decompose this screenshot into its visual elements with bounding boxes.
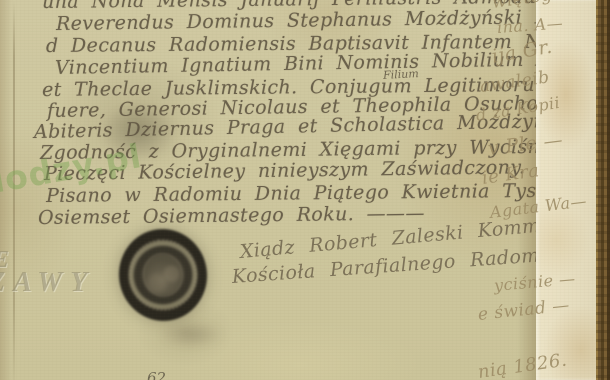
bottom-pen-mark: 62	[147, 369, 166, 380]
book-edge	[596, 0, 610, 380]
watermark-warszawy-line2: ZAWY	[0, 267, 95, 299]
manuscript-scan: una Nona Mensis Januarij Perillustris Ad…	[0, 0, 610, 380]
ink-smudge	[148, 316, 234, 352]
manuscript-line: Osiemset Osiemnastego Roku. ———	[38, 202, 425, 229]
interline-insert-word: Filium	[383, 67, 419, 82]
parish-seal-stamp-icon	[113, 223, 213, 326]
